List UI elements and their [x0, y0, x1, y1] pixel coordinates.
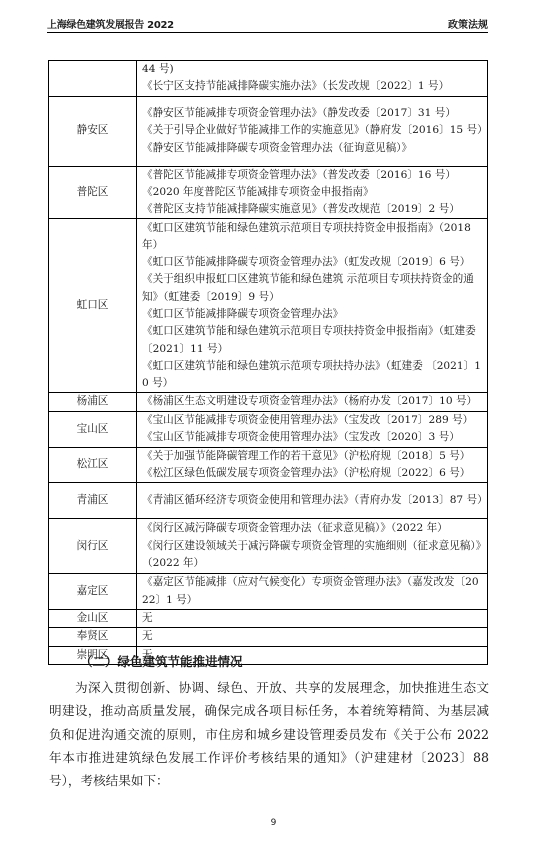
table-row: 嘉定区《嘉定区节能减排（应对气候变化）专项资金管理办法》（嘉发改发〔2022〕1… [49, 574, 488, 610]
policy-document: 《松江区绿色低碳发展专项资金管理办法》（沪松府规〔2022〕6 号） [142, 465, 483, 482]
policy-docs-cell: 《闵行区减污降碳专项资金管理办法（征求意见稿）》（2022 年）《闵行区建设领域… [137, 519, 488, 574]
policy-docs-cell: 《宝山区节能减排专项资金使用管理办法》（宝发改〔2017〕289 号）《宝山区节… [137, 411, 488, 447]
body-paragraph: 为深入贯彻创新、协调、绿色、开放、共享的发展理念，加快推进生态文明建设，推动高质… [49, 676, 489, 792]
table-row: 44 号)《长宁区支持节能减排降碳实施办法》（长发改规〔2022〕1 号） [49, 61, 488, 97]
district-policy-table: 44 号)《长宁区支持节能减排降碳实施办法》（长发改规〔2022〕1 号）静安区… [48, 60, 488, 665]
table-row: 普陀区《普陀区节能减排专项资金管理办法》（普发改委〔2016〕16 号）《202… [49, 166, 488, 219]
table-row: 杨浦区《杨浦区生态文明建设专项资金管理办法》（杨府办发〔2017〕10 号） [49, 393, 488, 411]
table-row: 奉贤区无 [49, 628, 488, 646]
policy-document: 《闵行区建设领域关于减污降碳专项资金管理的实施细则（征求意见稿）》（2022 年… [142, 538, 483, 573]
policy-document: 无 [142, 610, 483, 627]
policy-docs-cell: 44 号)《长宁区支持节能减排降碳实施办法》（长发改规〔2022〕1 号） [137, 61, 488, 97]
section-heading: （二）绿色建筑节能推进情况 [80, 652, 243, 670]
district-cell: 嘉定区 [49, 574, 137, 610]
policy-document: 《普陀区节能减排专项资金管理办法》（普发改委〔2016〕16 号） [142, 167, 483, 184]
policy-docs-cell: 《青浦区循环经济专项资金使用和管理办法》（青府办发〔2013〕87 号） [137, 483, 488, 519]
table-row: 金山区无 [49, 609, 488, 627]
policy-document: 《虹口区建筑节能和绿色建筑示范项目专项扶持资金申报指南》（虹建委 〔2021〕1… [142, 323, 483, 358]
report-title: 上海绿色建筑发展报告 2022 [47, 16, 174, 31]
district-cell: 金山区 [49, 609, 137, 627]
policy-document: 《2020 年度普陀区节能减排专项资金申报指南》 [142, 184, 483, 201]
district-cell: 闵行区 [49, 519, 137, 574]
policy-document: 《虹口区建筑节能和绿色建筑示范项专项扶持办法》（虹建委 〔2021〕10 号） [142, 358, 483, 393]
policy-docs-cell: 无 [137, 609, 488, 627]
policy-document: 《虹口区建筑节能和绿色建筑示范项目专项扶持资金申报指南》（2018 年） [142, 220, 483, 255]
policy-document: 《宝山区节能减排专项资金使用管理办法》（宝发改〔2017〕289 号） [142, 412, 483, 429]
policy-document: 《杨浦区生态文明建设专项资金管理办法》（杨府办发〔2017〕10 号） [142, 393, 483, 410]
page-number: 9 [0, 818, 547, 828]
policy-document: 《嘉定区节能减排（应对气候变化）专项资金管理办法》（嘉发改发〔2022〕1 号） [142, 574, 483, 609]
district-cell: 静安区 [49, 96, 137, 166]
policy-document: 无 [142, 628, 483, 645]
policy-docs-cell: 无 [137, 628, 488, 646]
policy-docs-cell: 《虹口区建筑节能和绿色建筑示范项目专项扶持资金申报指南》（2018 年）《虹口区… [137, 219, 488, 393]
policy-docs-cell: 《关于加强节能降碳管理工作的若干意见》（沪松府规〔2018〕5 号）《松江区绿色… [137, 447, 488, 483]
district-cell: 普陀区 [49, 166, 137, 219]
policy-document: 《长宁区支持节能减排降碳实施办法》（长发改规〔2022〕1 号） [142, 78, 483, 95]
policy-document: 《虹口区节能减排降碳专项资金管理办法》（虹发改规〔2019〕6 号） [142, 254, 483, 271]
policy-document: 《关于加强节能降碳管理工作的若干意见》（沪松府规〔2018〕5 号） [142, 448, 483, 465]
policy-docs-cell: 《普陀区节能减排专项资金管理办法》（普发改委〔2016〕16 号）《2020 年… [137, 166, 488, 219]
district-cell: 虹口区 [49, 219, 137, 393]
district-cell: 青浦区 [49, 483, 137, 519]
policy-docs-cell: 《静安区节能减排专项资金管理办法》（静发改委〔2017〕31 号）《关于引导企业… [137, 96, 488, 166]
policy-document: 《关于引导企业做好节能减排工作的实施意见》（静府发〔2016〕15 号） [142, 122, 483, 139]
page-header: 上海绿色建筑发展报告 2022 政策法规 [47, 14, 488, 33]
chapter-title: 政策法规 [448, 16, 488, 31]
policy-document: 44 号) [142, 61, 483, 78]
district-cell [49, 61, 137, 97]
policy-document: 《宝山区节能减排专项资金使用管理办法》（宝发改〔2020〕3 号） [142, 429, 483, 446]
table-row: 静安区《静安区节能减排专项资金管理办法》（静发改委〔2017〕31 号）《关于引… [49, 96, 488, 166]
table-row: 青浦区《青浦区循环经济专项资金使用和管理办法》（青府办发〔2013〕87 号） [49, 483, 488, 519]
district-cell: 宝山区 [49, 411, 137, 447]
policy-document: 《静安区节能减排专项资金管理办法》（静发改委〔2017〕31 号） [142, 105, 483, 122]
district-cell: 松江区 [49, 447, 137, 483]
policy-docs-cell: 《嘉定区节能减排（应对气候变化）专项资金管理办法》（嘉发改发〔2022〕1 号） [137, 574, 488, 610]
table-row: 虹口区《虹口区建筑节能和绿色建筑示范项目专项扶持资金申报指南》（2018 年）《… [49, 219, 488, 393]
policy-document: 《闵行区减污降碳专项资金管理办法（征求意见稿）》（2022 年） [142, 520, 483, 537]
table-row: 宝山区《宝山区节能减排专项资金使用管理办法》（宝发改〔2017〕289 号）《宝… [49, 411, 488, 447]
policy-document: 《青浦区循环经济专项资金使用和管理办法》（青府办发〔2013〕87 号） [142, 492, 483, 509]
policy-document: 《虹口区节能减排降碳专项资金管理办法》 [142, 306, 483, 323]
table-row: 松江区《关于加强节能降碳管理工作的若干意见》（沪松府规〔2018〕5 号）《松江… [49, 447, 488, 483]
policy-docs-cell: 《杨浦区生态文明建设专项资金管理办法》（杨府办发〔2017〕10 号） [137, 393, 488, 411]
table-row: 闵行区《闵行区减污降碳专项资金管理办法（征求意见稿）》（2022 年）《闵行区建… [49, 519, 488, 574]
policy-document: 《静安区节能减排降碳专项资金管理办法（征询意见稿）》 [142, 140, 483, 157]
district-cell: 杨浦区 [49, 393, 137, 411]
policy-document: 《关于组织申报虹口区建筑节能和绿色建筑 示范项目专项扶持资金的通知》（虹建委〔2… [142, 271, 483, 306]
district-cell: 奉贤区 [49, 628, 137, 646]
policy-document: 《普陀区支持节能减排降碳实施意见》（普发改规范〔2019〕2 号） [142, 201, 483, 218]
